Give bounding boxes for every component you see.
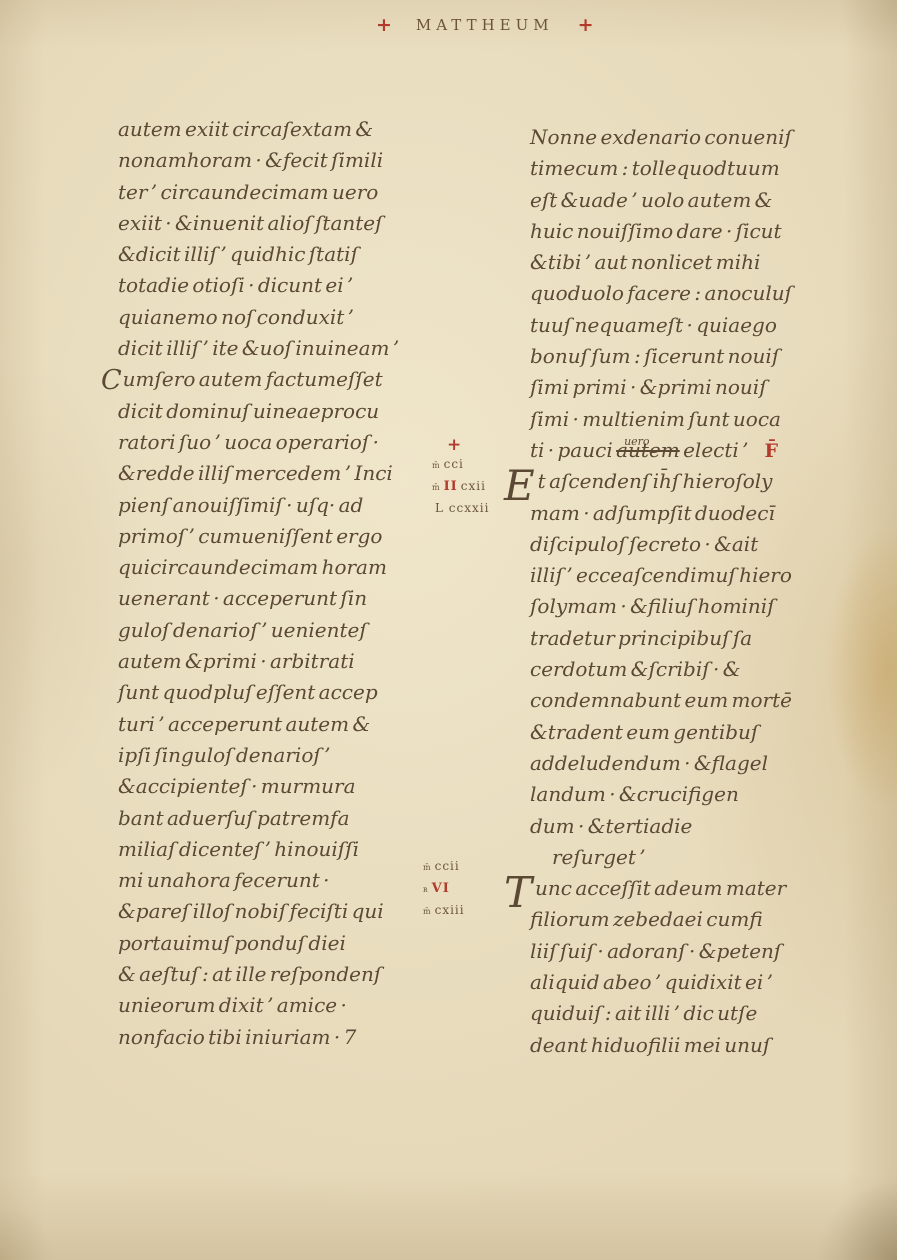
gospel-abbreviation: ʀ <box>423 885 429 894</box>
text-line: &tibi ’ aut nonlicet mihi <box>530 247 870 278</box>
section-number: L ccxxii <box>435 501 489 515</box>
canon-row: m̄cxiii <box>423 900 465 922</box>
text-line: ti · pauci autemuero electi ’F̄ <box>530 435 870 466</box>
text-line: ſimi · multienim ſunt uoca <box>530 404 870 435</box>
text-line: turi ’ acceperunt autem & <box>118 709 448 740</box>
canon-row: L ccxxii <box>432 498 489 520</box>
text-line: nonfacio tibi iniuriam · 7 <box>118 1022 448 1053</box>
canon-numeral: VI <box>432 881 450 896</box>
text-line: totadie otioſi · dicunt ei ’ <box>118 270 448 301</box>
text-line: quoduolo facere : anoculuſ <box>530 278 870 309</box>
text-line: autem exiit circaſextam & <box>118 114 448 145</box>
text-line: Et aſcendenſ ih̄ſ hieroſoly <box>530 466 870 497</box>
cross-right-icon: + <box>578 14 594 36</box>
text-line: reſurget ’ <box>530 842 870 873</box>
canon-row: m̄IIcxii <box>432 476 489 498</box>
eusebian-canon-note-2: m̄cciiʀVIm̄cxiii <box>423 856 465 922</box>
running-title: + MATTHEUM + <box>376 14 594 36</box>
text-line: ſolymam · &filiuſ hominiſ <box>530 591 870 622</box>
text-line: &tradent eum gentibuſ <box>530 717 870 748</box>
text-line: &dicit illiſ ’ quidhic ſtatiſ <box>118 239 448 270</box>
canon-reference-mark: F̄ <box>765 440 779 462</box>
manuscript-page: + MATTHEUM + autem exiit circaſextam &no… <box>0 0 897 1260</box>
text-line: &pareſ illoſ nobiſ feciſti qui <box>118 896 448 927</box>
canon-row: m̄ccii <box>423 856 465 878</box>
text-line: pienſ anouiſſimiſ · uſq· ad <box>118 490 448 521</box>
text-line: exiit · &inuenit alioſ ſtanteſ <box>118 208 448 239</box>
text-line: &accipienteſ · murmura <box>118 771 448 802</box>
text-line: huic nouiſſimo dare · ſicut <box>530 216 870 247</box>
text-line: timecum : tollequodtuum <box>530 153 870 184</box>
section-number: ccii <box>435 859 460 873</box>
text-line: quiduiſ : ait illi ’ dic utſe <box>530 998 870 1029</box>
text-line: Tunc acceſſit adeum mater <box>530 873 870 904</box>
text-line: landum · &crucifigen <box>530 779 870 810</box>
text-line: portauimuſ ponduſ diei <box>118 928 448 959</box>
canon-row: ʀVI <box>423 878 465 900</box>
text-line: addeludendum · &flagel <box>530 748 870 779</box>
text-line: bonuſ ſum : ſicerunt nouiſ <box>530 341 870 372</box>
gospel-abbreviation: m̄ <box>423 907 432 916</box>
text-line: Cumſero autem factumeſſet <box>118 364 448 395</box>
text-line: ipſi ſinguloſ denarioſ ’ <box>118 740 448 771</box>
initial-letter: C <box>101 365 122 396</box>
section-number: cci <box>444 457 464 471</box>
text-line: unieorum dixit ’ amice · <box>118 990 448 1021</box>
text-line: eſt &uade ’ uolo autem & <box>530 185 870 216</box>
interlinear-correction: uero <box>624 426 649 457</box>
text-line: primoſ ’ cumueniſſent ergo <box>118 521 448 552</box>
text-line: Nonne exdenario conueniſ <box>530 122 870 153</box>
canon-numeral: II <box>444 479 458 494</box>
text-line: bant aduerſuſ patremfa <box>118 803 448 834</box>
text-line: ſunt quodpluſ eſſent accep <box>118 677 448 708</box>
text-line: condemnabunt eum mortē <box>530 685 870 716</box>
text-line: dicit illiſ ’ ite &uoſ inuineam ’ <box>118 333 448 364</box>
text-line: tradetur principibuſ ſa <box>530 623 870 654</box>
text-line: aliquid abeo ’ quidixit ei ’ <box>530 967 870 998</box>
text-line: liiſ ſuiſ · adoranſ · &petenſ <box>530 936 870 967</box>
text-line: quicircaundecimam horam <box>118 552 448 583</box>
text-line: tuuſ nequameſt · quiaego <box>530 310 870 341</box>
canon-row: m̄cci <box>432 454 489 476</box>
text-line: ratori ſuo ’ uoca operarioſ · <box>118 427 448 458</box>
text-line: quianemo noſ conduxit ’ <box>118 302 448 333</box>
cross-left-icon: + <box>376 14 392 36</box>
text-line: mi unahora fecerunt · <box>118 865 448 896</box>
text-line: illiſ ’ ecceaſcendimuſ hiero <box>530 560 870 591</box>
text-line: dum · &tertiadie <box>530 811 870 842</box>
text-line: diſcipuloſ ſecreto · &ait <box>530 529 870 560</box>
gospel-abbreviation: m̄ <box>432 461 441 470</box>
text-line: ter ’ circaundecimam uero <box>118 177 448 208</box>
text-line: deant hiduofilii mei unuſ <box>530 1030 870 1061</box>
text-line: & aeſtuſ : at ille reſpondenſ <box>118 959 448 990</box>
text-line: cerdotum &ſcribiſ · & <box>530 654 870 685</box>
text-line: autem &primi · arbitrati <box>118 646 448 677</box>
gospel-abbreviation: m̄ <box>432 483 441 492</box>
text-line: miliaſ dicenteſ ’ hinouiſſi <box>118 834 448 865</box>
text-line: nonamhoram · &fecit ſimili <box>118 145 448 176</box>
text-line: dicit dominuſ uineaeprocu <box>118 396 448 427</box>
initial-letter: T <box>504 883 532 903</box>
cross-icon: + <box>447 436 489 454</box>
text-line: ſimi primi · &primi nouiſ <box>530 372 870 403</box>
struck-word: autemuero <box>616 438 680 462</box>
text-line: &redde illiſ mercedem ’ Inci <box>118 458 448 489</box>
text-line: mam · adſumpſit duodecī <box>530 498 870 529</box>
text-line: uenerant · acceperunt ſin <box>118 583 448 614</box>
section-number: cxii <box>461 479 486 493</box>
initial-letter: E <box>504 476 535 496</box>
section-number: cxiii <box>435 903 465 917</box>
page-title: MATTHEUM <box>416 16 554 34</box>
gospel-abbreviation: m̄ <box>423 863 432 872</box>
text-line: filiorum zebedaei cumfi <box>530 904 870 935</box>
right-text-column: Nonne exdenario conueniſtimecum : tolleq… <box>530 122 870 1061</box>
text-line: guloſ denarioſ ’ uenienteſ <box>118 615 448 646</box>
left-text-column: autem exiit circaſextam &nonamhoram · &f… <box>118 114 448 1053</box>
eusebian-canon-note-1: +m̄ccim̄IIcxiiL ccxxii <box>432 436 489 520</box>
